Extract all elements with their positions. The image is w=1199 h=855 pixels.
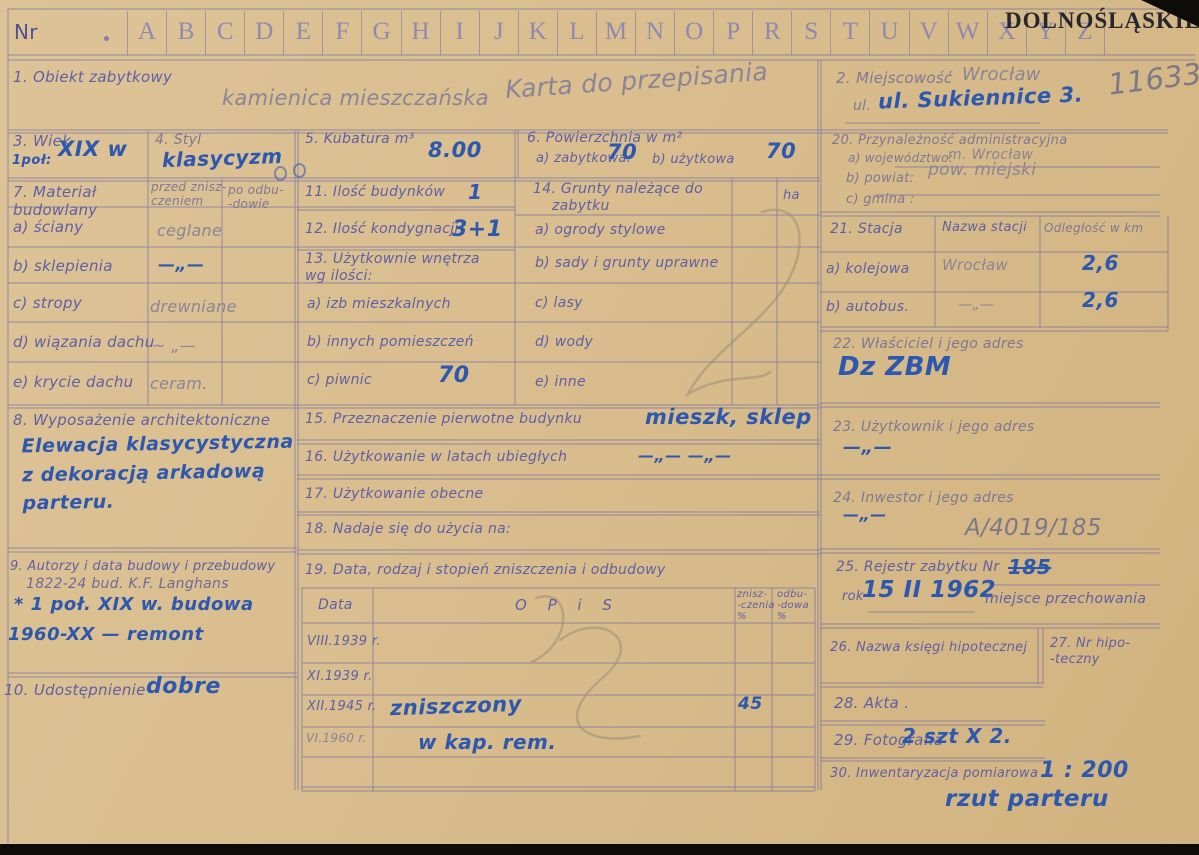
field-20c-label: c) gmina : [846, 192, 915, 208]
field-4-value: klasycyzm [162, 144, 283, 172]
field-13c-label: c) piwnic [307, 372, 372, 389]
field-14-row-label: e) inne [535, 374, 586, 391]
field-21-row-name: —„— [958, 297, 994, 313]
field-16-value: —„— —„— [638, 446, 732, 465]
field-5-label: 5. Kubatura m³ [305, 131, 415, 148]
index-letter: C [205, 11, 244, 55]
field-5-value: 8.00 [428, 138, 482, 162]
field-3-value: XIX w [58, 137, 127, 161]
index-letter: U [869, 11, 908, 55]
field-7-row-value: ceglane [157, 221, 222, 240]
field-21-row-label: b) autobus. [826, 299, 909, 316]
field-6b-value: 70 [766, 139, 796, 163]
field-15-label: 15. Przeznaczenie pierwotne budynku [305, 411, 582, 428]
field-12-label: 12. Ilość kondygnacji [305, 221, 459, 238]
index-letter: V [909, 11, 948, 55]
field-2-street-prefix: ul. [853, 98, 871, 115]
ink-scribble [274, 166, 287, 181]
index-letter: W [948, 11, 987, 55]
field-25-date: 15 II 1962 [862, 577, 996, 603]
field-10-value: dobre [146, 674, 221, 699]
field-2-city: Wrocław [962, 64, 1041, 85]
field-7-label: 7. Materiał budowlany [13, 183, 138, 219]
dot-mark [104, 36, 109, 41]
field-8-value: Elewacja klasycystyczna z dekoracją arka… [21, 428, 295, 518]
field-9-line1: 1822-24 bud. K.F. Langhans [26, 576, 229, 592]
index-letter: T [830, 11, 869, 55]
field-9-label: 9. Autorzy i data budowy i przebudowy [10, 559, 275, 575]
card-paper: Nr A B C D E F G H I J K L M N O P R S T… [0, 0, 1199, 844]
field-24-value: —„— [843, 505, 887, 524]
index-letter: E [283, 11, 322, 55]
field-8-label: 8. Wyposażenie architektoniczne [13, 411, 270, 429]
field-21-row-name: Wrocław [942, 256, 1008, 274]
field-6b-label: b) użytkowa [652, 152, 735, 168]
field-19-col-zniszczenia: znisz- -czenia % [737, 589, 775, 622]
field-14-label: 14. Grunty należące do zabytku [533, 181, 703, 215]
field-23-label: 23. Użytkownik i jego adres [833, 419, 1035, 436]
field-22-value: Dz ZBM [838, 352, 951, 382]
field-20b-label: b) powiat: [846, 171, 914, 187]
field-30-plan-value: rzut parteru [945, 786, 1109, 812]
field-19-opis-1945: zniszczony [390, 692, 523, 721]
index-letter: I [440, 11, 479, 55]
index-letter: L [557, 11, 596, 55]
field-12-value: 3+1 [452, 217, 503, 242]
index-letter: A [127, 11, 166, 55]
field-7-row-label: b) sklepienia [13, 257, 113, 275]
field-21-row-dist: 2,6 [1082, 251, 1119, 275]
field-2-label: 2. Miejscowość [836, 69, 953, 87]
field-9-line2: * 1 poł. XIX w. budowa [14, 594, 254, 615]
field-7-row-label: e) krycie dachu [13, 373, 133, 391]
field-10-label: 10. Udostępnienie [4, 681, 146, 699]
field-14-row-label: a) ogrody stylowe [535, 222, 666, 239]
field-27-label: 27. Nr hipo- -teczny [1050, 636, 1130, 667]
field-19-col-odbudowa: odbu- -dowa % [777, 589, 809, 622]
field-11-value: 1 [468, 180, 482, 204]
field-19-label: 19. Data, rodzaj i stopień zniszczenia i… [305, 562, 666, 579]
nr-label: Nr [14, 20, 38, 44]
field-7-row-label: c) stropy [13, 294, 82, 312]
field-6-label: 6. Powierzchnia w m² [527, 130, 682, 147]
field-21-row-dist: 2,6 [1082, 288, 1119, 312]
index-letter: J [479, 11, 518, 55]
field-19-col-data: Data [318, 597, 353, 614]
field-7-row-value: ceram. [150, 374, 208, 393]
field-19-date: XI.1939 r. [307, 669, 372, 685]
index-letter: F [322, 11, 361, 55]
field-16-label: 16. Użytkowanie w latach ubiegłych [305, 449, 567, 466]
field-14-ha-label: ha [783, 188, 800, 204]
index-letter: O [674, 11, 713, 55]
index-letter: B [166, 11, 205, 55]
field-9-line3: 1960-XX — remont [8, 624, 204, 645]
field-20b-value: pow. miejski [928, 160, 1036, 180]
field-21-row-label: a) kolejowa [826, 261, 909, 278]
field-24-note: A/4019/185 [965, 515, 1102, 541]
field-14-row-label: c) lasy [535, 295, 583, 312]
field-7-col-after: po odbu- -dowie [228, 183, 284, 212]
field-1-label: 1. Obiekt zabytkowy [13, 68, 172, 86]
field-19-date: VI.1960 r. [306, 731, 367, 745]
field-19-date: VIII.1939 r. [307, 634, 381, 650]
voivodeship-stamp: DOLNOŚLĄSKIE [1005, 8, 1199, 34]
index-letter: G [361, 11, 400, 55]
field-26-label: 26. Nazwa księgi hipotecznej [830, 640, 1027, 656]
field-22-label: 22. Właściciel i jego adres [833, 336, 1024, 353]
field-7-row-value: drewniane [150, 297, 237, 316]
field-13-label: 13. Użytkownie wnętrza wg ilości: [305, 251, 480, 285]
letter-index-row: A B C D E F G H I J K L M N O P R S T U … [127, 11, 1105, 55]
field-19-opis-1960: w kap. rem. [418, 730, 556, 754]
index-letter: M [596, 11, 635, 55]
index-letter: D [244, 11, 283, 55]
field-18-label: 18. Nadaje się do użycia na: [305, 521, 511, 538]
field-6a-value: 70 [607, 140, 637, 164]
index-letter: H [401, 11, 440, 55]
field-3-value-prefix: 1poł: [12, 153, 52, 168]
field-17-label: 17. Użytkowanie obecne [305, 486, 483, 503]
field-19-col-opis: O P i S [515, 596, 620, 614]
field-21-label: 21. Stacja [830, 221, 903, 238]
field-25-suffix-label: miejsce przechowania [985, 591, 1146, 608]
field-25-label: 25. Rejestr zabytku Nr [836, 559, 999, 576]
field-1-value: kamienica mieszczańska [222, 86, 489, 110]
field-13a-label: a) izb mieszkalnych [307, 296, 451, 313]
index-letter: R [752, 11, 791, 55]
field-7-row-label: d) wiązania dachu [13, 333, 155, 351]
field-21-col-dist: Odległość w km [1044, 221, 1143, 235]
field-7-row-value: ~ „— [152, 336, 196, 355]
field-29-value: 2 szt X 2. [902, 724, 1012, 748]
field-19-date: XII.1945 r. [307, 699, 377, 715]
field-23-value: —„— [843, 437, 892, 458]
field-30-label: 30. Inwentaryzacja pomiarowa [830, 766, 1038, 782]
field-7-row-value: —„— [158, 255, 204, 275]
field-25-rok-label: rok [842, 589, 864, 605]
index-letter: S [791, 11, 830, 55]
field-25-register-number: 185 [1008, 555, 1051, 579]
field-15-value: mieszk, sklep [645, 405, 812, 429]
field-28-label: 28. Akta . [834, 694, 909, 712]
index-letter: N [635, 11, 674, 55]
field-14-row-label: b) sady i grunty uprawne [535, 255, 718, 272]
index-letter: P [713, 11, 752, 55]
field-19-zniszczenia-1945: 45 [738, 694, 763, 714]
field-7-col-before: przed znisz- czeniem [151, 180, 226, 209]
field-13b-label: b) innych pomieszczeń [307, 334, 474, 351]
scanned-monument-record-card: { "colors":{"paper":"#d9bd8e","line":"#5… [0, 0, 1199, 855]
field-14-row-label: d) wody [535, 334, 593, 351]
field-7-row-label: a) ściany [13, 218, 83, 236]
field-13c-value: 70 [438, 363, 470, 388]
ink-scribble [293, 163, 306, 178]
field-11-label: 11. Ilość budynków [305, 184, 445, 201]
field-21-col-name: Nazwa stacji [942, 220, 1027, 236]
field-30-scale-value: 1 : 200 [1040, 758, 1129, 783]
index-letter: K [518, 11, 557, 55]
